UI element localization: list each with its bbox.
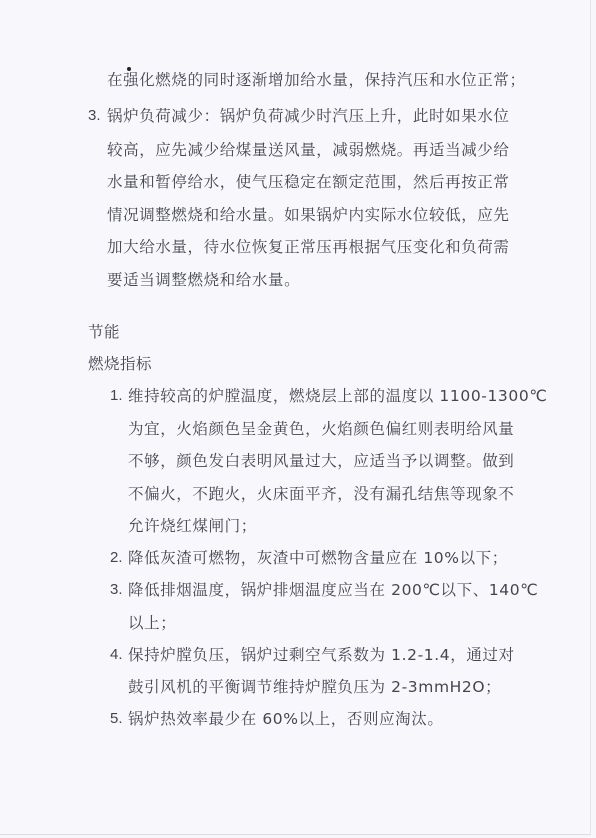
list-number: 2. <box>110 548 123 568</box>
paragraph-line: 不够，颜色发白表明风量过大，应适当予以调整。做到 <box>128 451 514 471</box>
list-number: 5. <box>110 709 123 729</box>
paragraph-line: 降低灰渣可燃物，灰渣中可燃物含量应在 10%以下； <box>128 548 508 568</box>
scanned-page: 在强化燃烧的同时逐渐增加给水量，保持汽压和水位正常； 3. 锅炉负荷减少：锅炉负… <box>0 0 591 835</box>
paragraph-line: 在强化燃烧的同时逐渐增加给水量，保持汽压和水位正常； <box>107 70 526 90</box>
paragraph-line: 锅炉负荷减少：锅炉负荷减少时汽压上升，此时如果水位 <box>107 106 510 126</box>
paragraph-line: 加大给水量，待水位恢复正常压再根据气压变化和负荷需 <box>107 237 510 257</box>
list-number: 4. <box>110 645 123 665</box>
list-number: 1. <box>110 386 123 406</box>
paragraph-line: 维持较高的炉膛温度，燃烧层上部的温度以 1100-1300℃ <box>128 386 547 406</box>
paragraph-line: 保持炉膛负压，锅炉过剩空气系数为 1.2-1.4，通过对 <box>128 645 515 665</box>
paragraph-line: 降低排烟温度，锅炉排烟温度应当在 200℃以下、140℃ <box>128 580 538 600</box>
section-title: 节能 <box>88 322 120 342</box>
paragraph-line: 不偏火，不跑火，火床面平齐，没有漏孔结焦等现象不 <box>128 484 514 504</box>
paragraph-line: 锅炉热效率最少在 60%以上，否则应淘汰。 <box>128 709 443 729</box>
paragraph-line: 以上； <box>128 613 176 633</box>
paragraph-line: 鼓引风机的平衡调节维持炉膛负压为 2-3mmH2O； <box>128 677 501 697</box>
paragraph-line: 允许烧红煤闸门； <box>128 516 257 536</box>
paragraph-line: 要适当调整燃烧和给水量。 <box>107 270 300 290</box>
paragraph-line: 水量和暂停给水，使气压稳定在额定范围，然后再按正常 <box>107 172 510 192</box>
subsection-title: 燃烧指标 <box>88 354 152 374</box>
paragraph-line: 为宜，火焰颜色呈金黄色，火焰颜色偏红则表明给风量 <box>128 419 514 439</box>
paragraph-line: 较高，应先减少给煤量送风量，减弱燃烧。再适当减少给 <box>107 140 510 160</box>
paragraph-line: 情况调整燃烧和给水量。如果锅炉内实际水位较低，应先 <box>107 205 510 225</box>
list-number: 3. <box>88 106 101 126</box>
list-number: 3. <box>110 580 123 600</box>
